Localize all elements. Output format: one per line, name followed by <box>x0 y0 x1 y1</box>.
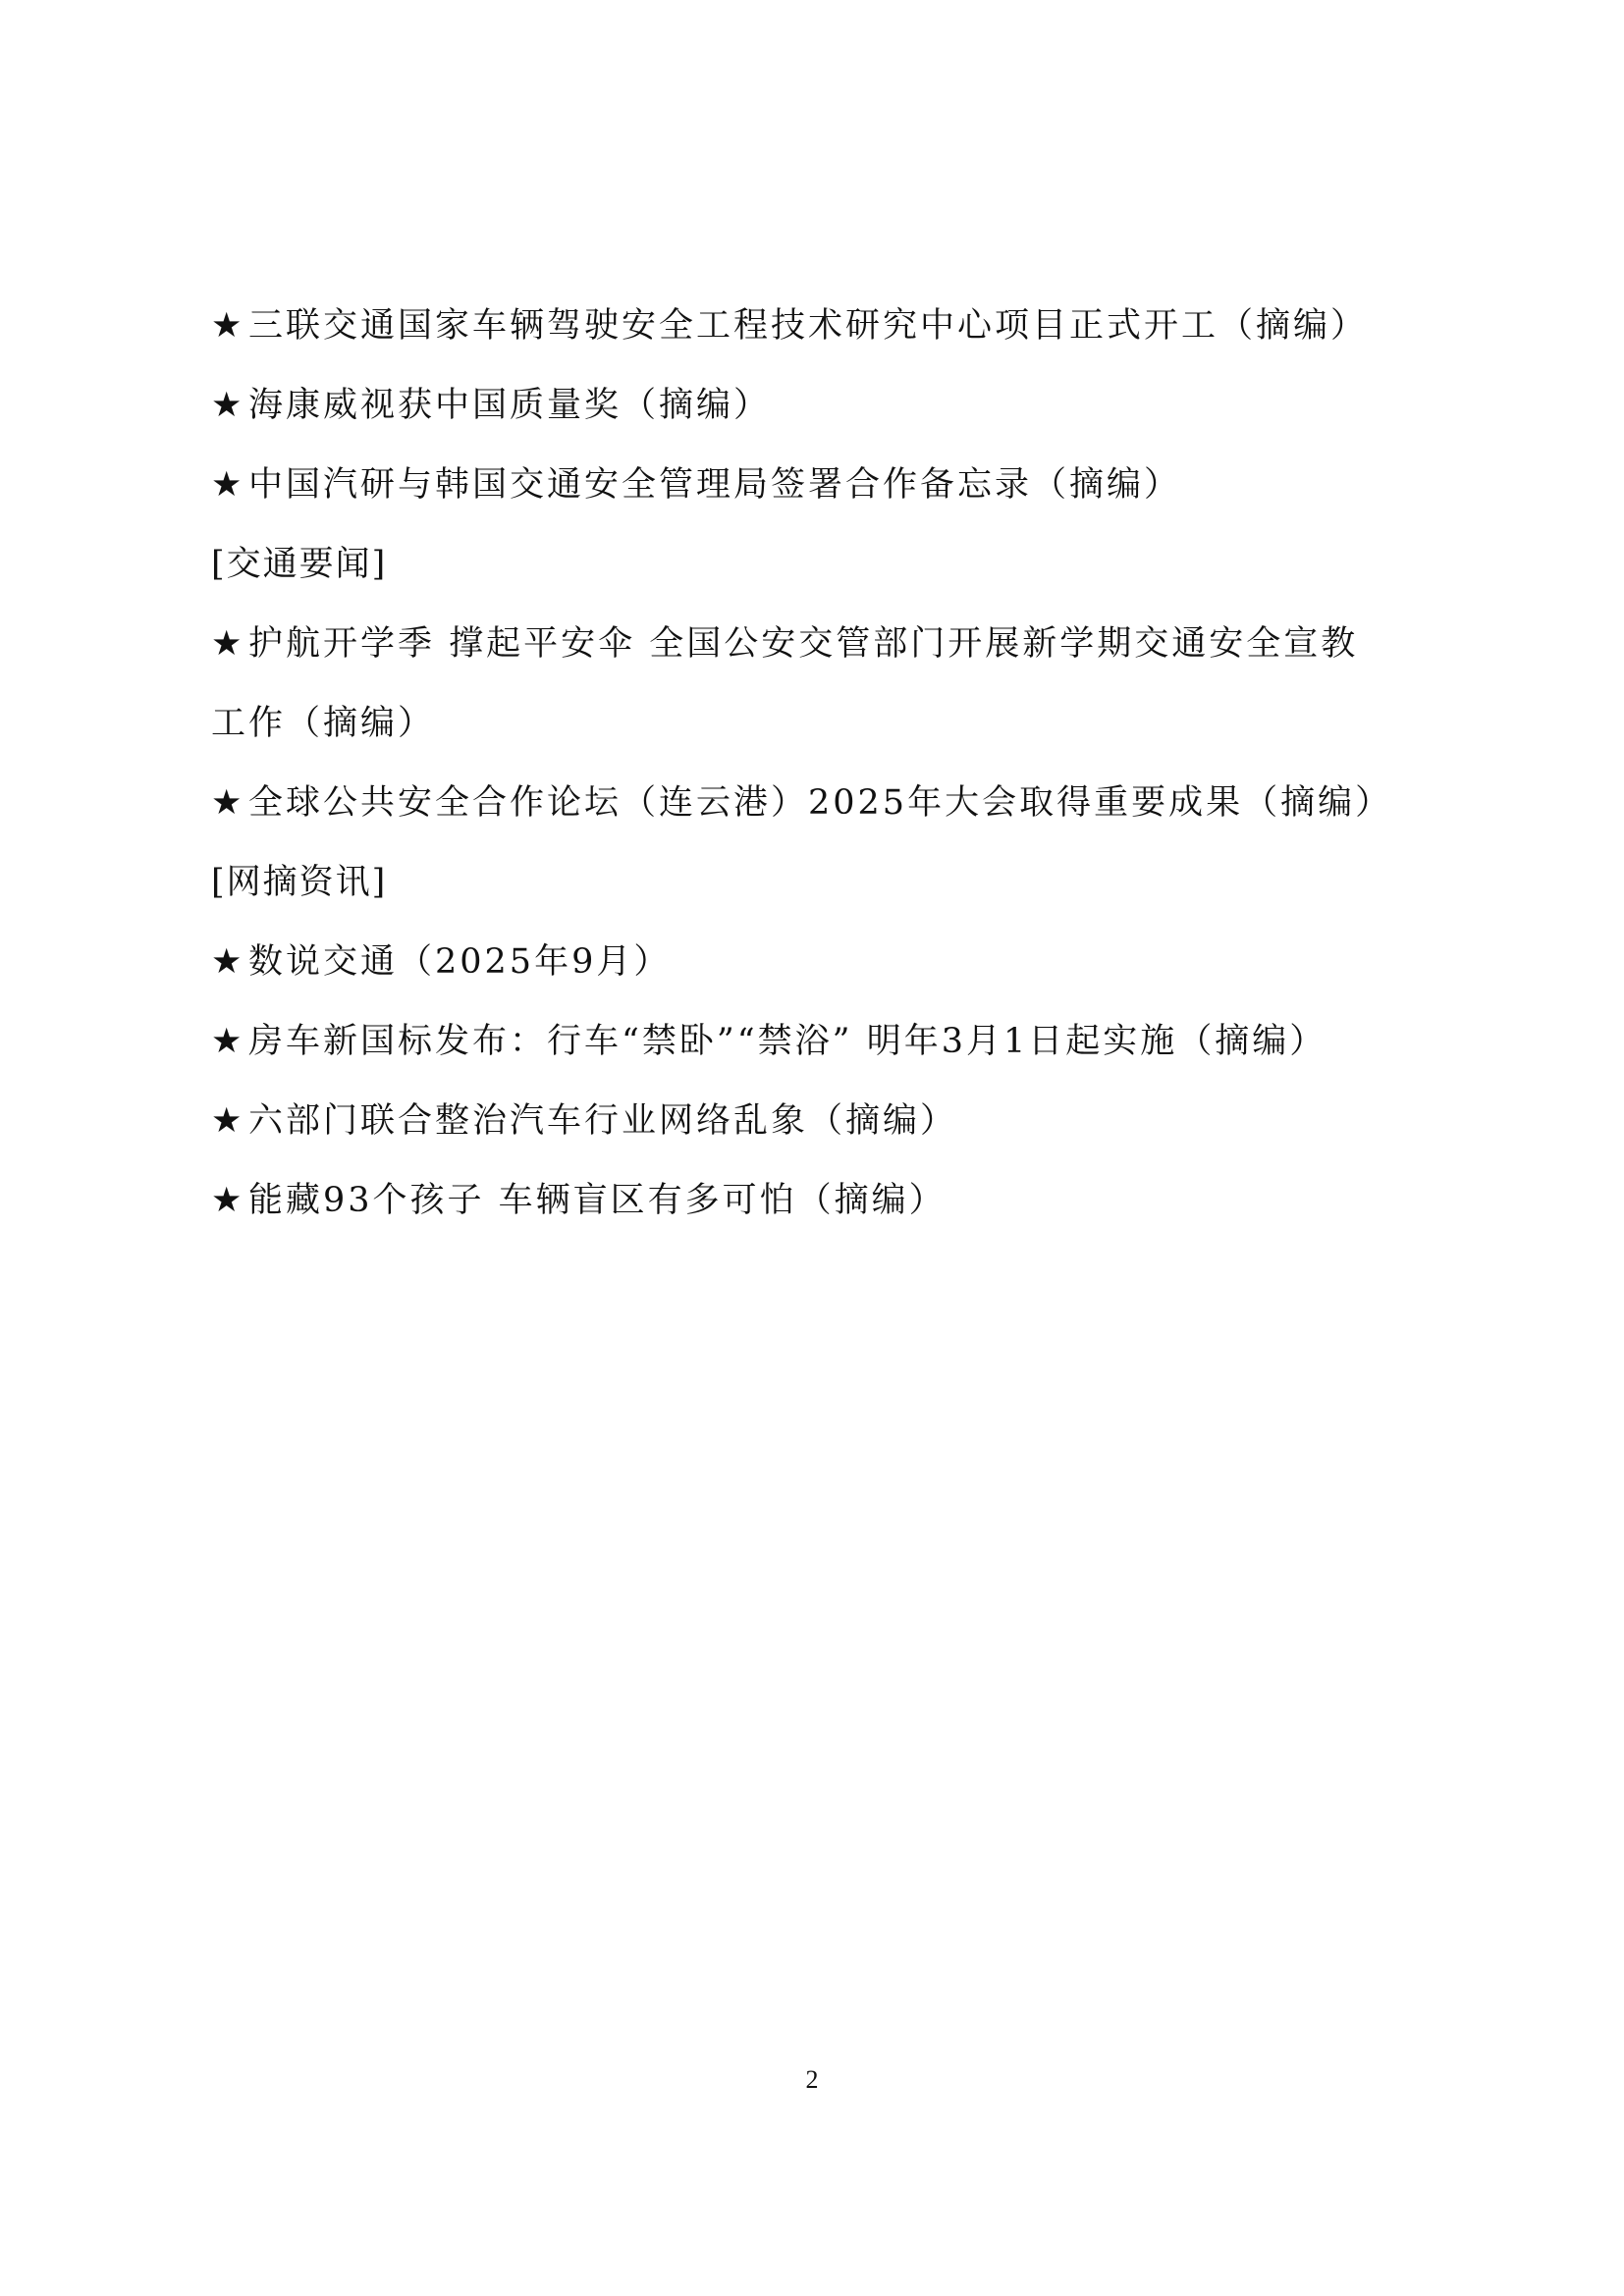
toc-item-text: 能藏93个孩子 车辆盲区有多可怕（摘编） <box>248 1181 947 1220</box>
toc-item-text: 三联交通国家车辆驾驶安全工程技术研究中心项目正式开工（摘编） <box>248 306 1368 346</box>
star-icon: ★ <box>211 605 248 684</box>
star-icon: ★ <box>211 764 248 843</box>
toc-item[interactable]: ★房车新国标发布：行车“禁卧”“禁浴” 明年3月1日起实施（摘编） <box>211 1002 1448 1082</box>
toc-item[interactable]: ★中国汽研与韩国交通安全管理局签署合作备忘录（摘编） <box>211 446 1448 525</box>
star-icon: ★ <box>211 1161 248 1241</box>
toc-item[interactable]: ★能藏93个孩子 车辆盲区有多可怕（摘编） <box>211 1161 1448 1241</box>
toc-item[interactable]: ★六部门联合整治汽车行业网络乱象（摘编） <box>211 1082 1448 1161</box>
star-icon: ★ <box>211 923 248 1002</box>
star-icon: ★ <box>211 1082 248 1161</box>
toc-item[interactable]: ★三联交通国家车辆驾驶安全工程技术研究中心项目正式开工（摘编） <box>211 287 1448 366</box>
star-icon: ★ <box>211 287 248 366</box>
toc-item-text: 房车新国标发布：行车“禁卧”“禁浴” 明年3月1日起实施（摘编） <box>248 1022 1326 1061</box>
star-icon: ★ <box>211 366 248 446</box>
section-heading: [网摘资讯] <box>211 843 1448 923</box>
toc-item[interactable]: ★护航开学季 撑起平安伞 全国公安交管部门开展新学期交通安全宣教 <box>211 605 1448 684</box>
page-number: 2 <box>0 2065 1624 2095</box>
table-of-contents: ★三联交通国家车辆驾驶安全工程技术研究中心项目正式开工（摘编） ★海康威视获中国… <box>211 287 1448 1241</box>
section-heading: [交通要闻] <box>211 525 1448 605</box>
toc-item[interactable]: ★数说交通（2025年9月） <box>211 923 1448 1002</box>
toc-item[interactable]: ★海康威视获中国质量奖（摘编） <box>211 366 1448 446</box>
star-icon: ★ <box>211 446 248 525</box>
toc-item-text: 海康威视获中国质量奖（摘编） <box>248 386 771 425</box>
toc-item-text: 护航开学季 撑起平安伞 全国公安交管部门开展新学期交通安全宣教 <box>248 624 1358 664</box>
toc-item-text: 六部门联合整治汽车行业网络乱象（摘编） <box>248 1101 957 1141</box>
toc-item-text: 中国汽研与韩国交通安全管理局签署合作备忘录（摘编） <box>248 465 1181 505</box>
toc-item-continuation: 工作（摘编） <box>211 684 1448 764</box>
star-icon: ★ <box>211 1002 248 1082</box>
toc-item-text: 数说交通（2025年9月） <box>248 942 671 982</box>
toc-item[interactable]: ★全球公共安全合作论坛（连云港）2025年大会取得重要成果（摘编） <box>211 764 1448 843</box>
toc-item-text: 全球公共安全合作论坛（连云港）2025年大会取得重要成果（摘编） <box>248 783 1392 823</box>
